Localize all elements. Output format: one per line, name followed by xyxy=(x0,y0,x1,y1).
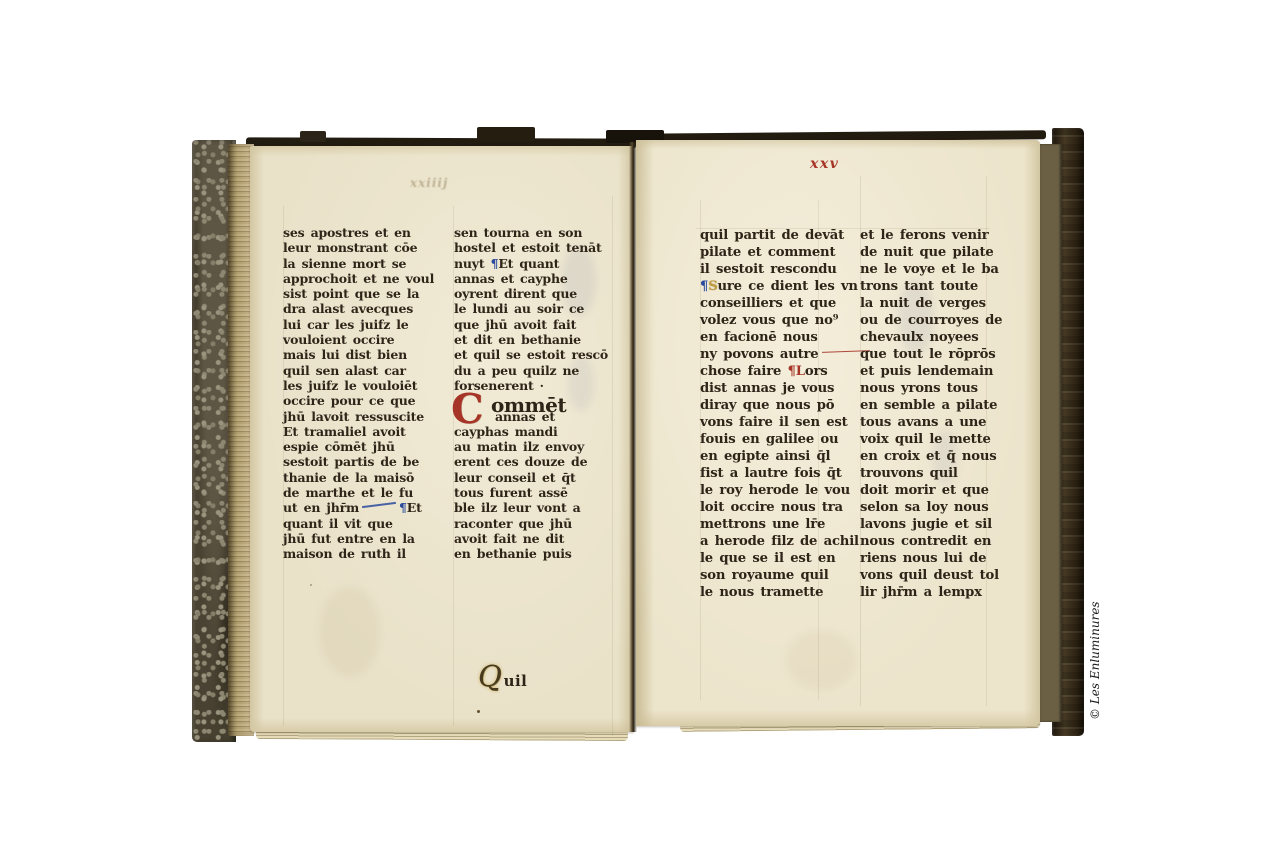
text-line: vons faire il sen est xyxy=(700,415,870,432)
text-line: loit occire nous tra xyxy=(700,500,870,517)
text-line: sist point que se la xyxy=(283,286,459,301)
text-line: et puis lendemain xyxy=(860,364,1030,381)
text-line: thanie de la maisō xyxy=(283,470,459,485)
text-line: et dit en bethanie xyxy=(454,332,619,347)
text-line: ny povons autre xyxy=(700,347,870,364)
text-line: a herode filz de achil xyxy=(700,534,870,551)
text-line: il sestoit rescondu xyxy=(700,262,870,279)
ink-speck xyxy=(310,584,312,586)
text-line: ble ilz leur vont a xyxy=(454,500,619,515)
text-line: pilate et comment xyxy=(700,245,870,262)
text-line: tous avans a une xyxy=(860,415,1030,432)
text-line: chose faire ¶Lors xyxy=(700,364,870,381)
right-page-column-1: quil partit de devātpilate et commentil … xyxy=(700,228,870,602)
text-line: quil partit de devāt xyxy=(700,228,870,245)
text-line: conseilliers et que xyxy=(700,296,870,313)
text-line: ¶Sure ce dient les vn xyxy=(700,279,870,296)
right-page-column-2: et le ferons venirde nuit que pilatene l… xyxy=(860,228,1030,602)
text-line: lavons jugie et sil xyxy=(860,517,1030,534)
text-line: le lundi au soir ce xyxy=(454,301,619,316)
text-line: vons quil deust tol xyxy=(860,568,1030,585)
photo-credit: © Les Enluminures xyxy=(1088,594,1103,720)
ink-speck xyxy=(477,710,480,713)
text-line: ne le voye et le ba xyxy=(860,262,1030,279)
text-line: ses apostres et en xyxy=(283,225,459,240)
folio-number-show-through: xxiiij xyxy=(410,176,448,190)
manuscript-book: xxiiij ses apostres et enleur monstrant … xyxy=(0,0,1280,860)
text-line: erent ces douze de xyxy=(454,454,619,469)
left-page-column-1: ses apostres et enleur monstrant cōela s… xyxy=(283,225,459,562)
text-line: de marthe et le fu xyxy=(283,485,459,500)
text-line: en croix et q̄ nous xyxy=(860,449,1030,466)
text-line: lir jhr̄m a lempx xyxy=(860,585,1030,602)
text-line: au matin ilz envoy xyxy=(454,439,619,454)
text-line: trons tant toute xyxy=(860,279,1030,296)
text-line: nous contredit en xyxy=(860,534,1030,551)
folio-number: xxv xyxy=(810,156,839,172)
text-line: approchoit et ne voul xyxy=(283,271,459,286)
text-line: oyrent dirent que xyxy=(454,286,619,301)
text-line: vouloient occire xyxy=(283,332,459,347)
text-line: tous furent assē xyxy=(454,485,619,500)
text-line: du a peu quilz ne xyxy=(454,363,619,378)
text-line: nuyt ¶Et quant xyxy=(454,256,619,271)
text-line: dist annas je vous xyxy=(700,381,870,398)
text-line: et quil se estoit rescō xyxy=(454,347,619,362)
text-line: fist a lautre fois q̄t xyxy=(700,466,870,483)
text-line: mais lui dist bien xyxy=(283,347,459,362)
text-line: sestoit partis de be xyxy=(283,454,459,469)
text-line: le roy herode le vou xyxy=(700,483,870,500)
text-line: chevaulx noyees xyxy=(860,330,1030,347)
text-line: en semble a pilate xyxy=(860,398,1030,415)
text-line: Et tramaliel avoit xyxy=(283,424,459,439)
stain-blob xyxy=(786,630,856,690)
text-line: en egipte ainsi q̄l xyxy=(700,449,870,466)
text-line: fouis en galilee ou xyxy=(700,432,870,449)
text-line: de nuit que pilate xyxy=(860,245,1030,262)
text-line: ut en jhr̄m¶Et xyxy=(283,500,459,515)
text-line: et le ferons venir xyxy=(860,228,1030,245)
text-line: quil sen alast car xyxy=(283,363,459,378)
text-line: annas et cayphe xyxy=(454,271,619,286)
left-page-verso: xxiiij ses apostres et enleur monstrant … xyxy=(250,146,634,732)
right-page-recto: xxv quil partit de devātpilate et commen… xyxy=(636,140,1040,726)
text-line: son royaume quil xyxy=(700,568,870,585)
text-line: mettrons une lr̄e xyxy=(700,517,870,534)
text-line: que jhū avoit fait xyxy=(454,317,619,332)
text-line: sen tourna en son xyxy=(454,225,619,240)
text-line: Commēt xyxy=(454,393,619,408)
text-line: espie cōmēt jhū xyxy=(283,439,459,454)
text-line: cayphas mandi xyxy=(454,424,619,439)
text-line: la sienne mort se xyxy=(283,256,459,271)
text-line: raconter que jhū xyxy=(454,516,619,531)
text-line: jhū fut entre en la xyxy=(283,531,459,546)
text-line: selon sa loy nous xyxy=(860,500,1030,517)
binding-tab-small xyxy=(300,131,326,142)
text-line: le que se il est en xyxy=(700,551,870,568)
text-line: occire pour ce que xyxy=(283,393,459,408)
text-line: avoit fait ne dit xyxy=(454,531,619,546)
text-line: annas et xyxy=(454,409,619,424)
text-line: voix quil le mette xyxy=(860,432,1030,449)
text-line: quant il vit que xyxy=(283,516,459,531)
text-line: la nuit de verges xyxy=(860,296,1030,313)
text-line: diray que nous pō xyxy=(700,398,870,415)
text-line: Quil xyxy=(478,662,527,692)
text-line: lui car les juifz le xyxy=(283,317,459,332)
text-line: le nous tramette xyxy=(700,585,870,602)
left-page-column-2: sen tourna en sonhostel et estoit tenātn… xyxy=(454,225,619,562)
text-line: dra alast avecques xyxy=(283,301,459,316)
text-line: en bethanie puis xyxy=(454,546,619,561)
text-line: les juifz le vouloiēt xyxy=(283,378,459,393)
catchword: Quil xyxy=(478,662,527,692)
text-line: volez vous que no⁹ xyxy=(700,313,870,330)
text-line: hostel et estoit tenāt xyxy=(454,240,619,255)
stain-blob xyxy=(320,586,380,676)
text-line: en facionē nous xyxy=(700,330,870,347)
text-line: riens nous lui de xyxy=(860,551,1030,568)
text-line: leur conseil et q̄t xyxy=(454,470,619,485)
text-line: ou de courroyes de xyxy=(860,313,1030,330)
text-line: que tout le rōprōs xyxy=(860,347,1030,364)
text-line: nous yrons tous xyxy=(860,381,1030,398)
text-line: doit morir et que xyxy=(860,483,1030,500)
text-line: maison de ruth il xyxy=(283,546,459,561)
text-line: jhū lavoit ressuscite xyxy=(283,409,459,424)
text-line: trouvons quil xyxy=(860,466,1030,483)
photo-of-open-manuscript: xxiiij ses apostres et enleur monstrant … xyxy=(0,0,1280,860)
binding-tab-large xyxy=(477,127,535,141)
text-line: leur monstrant cōe xyxy=(283,240,459,255)
